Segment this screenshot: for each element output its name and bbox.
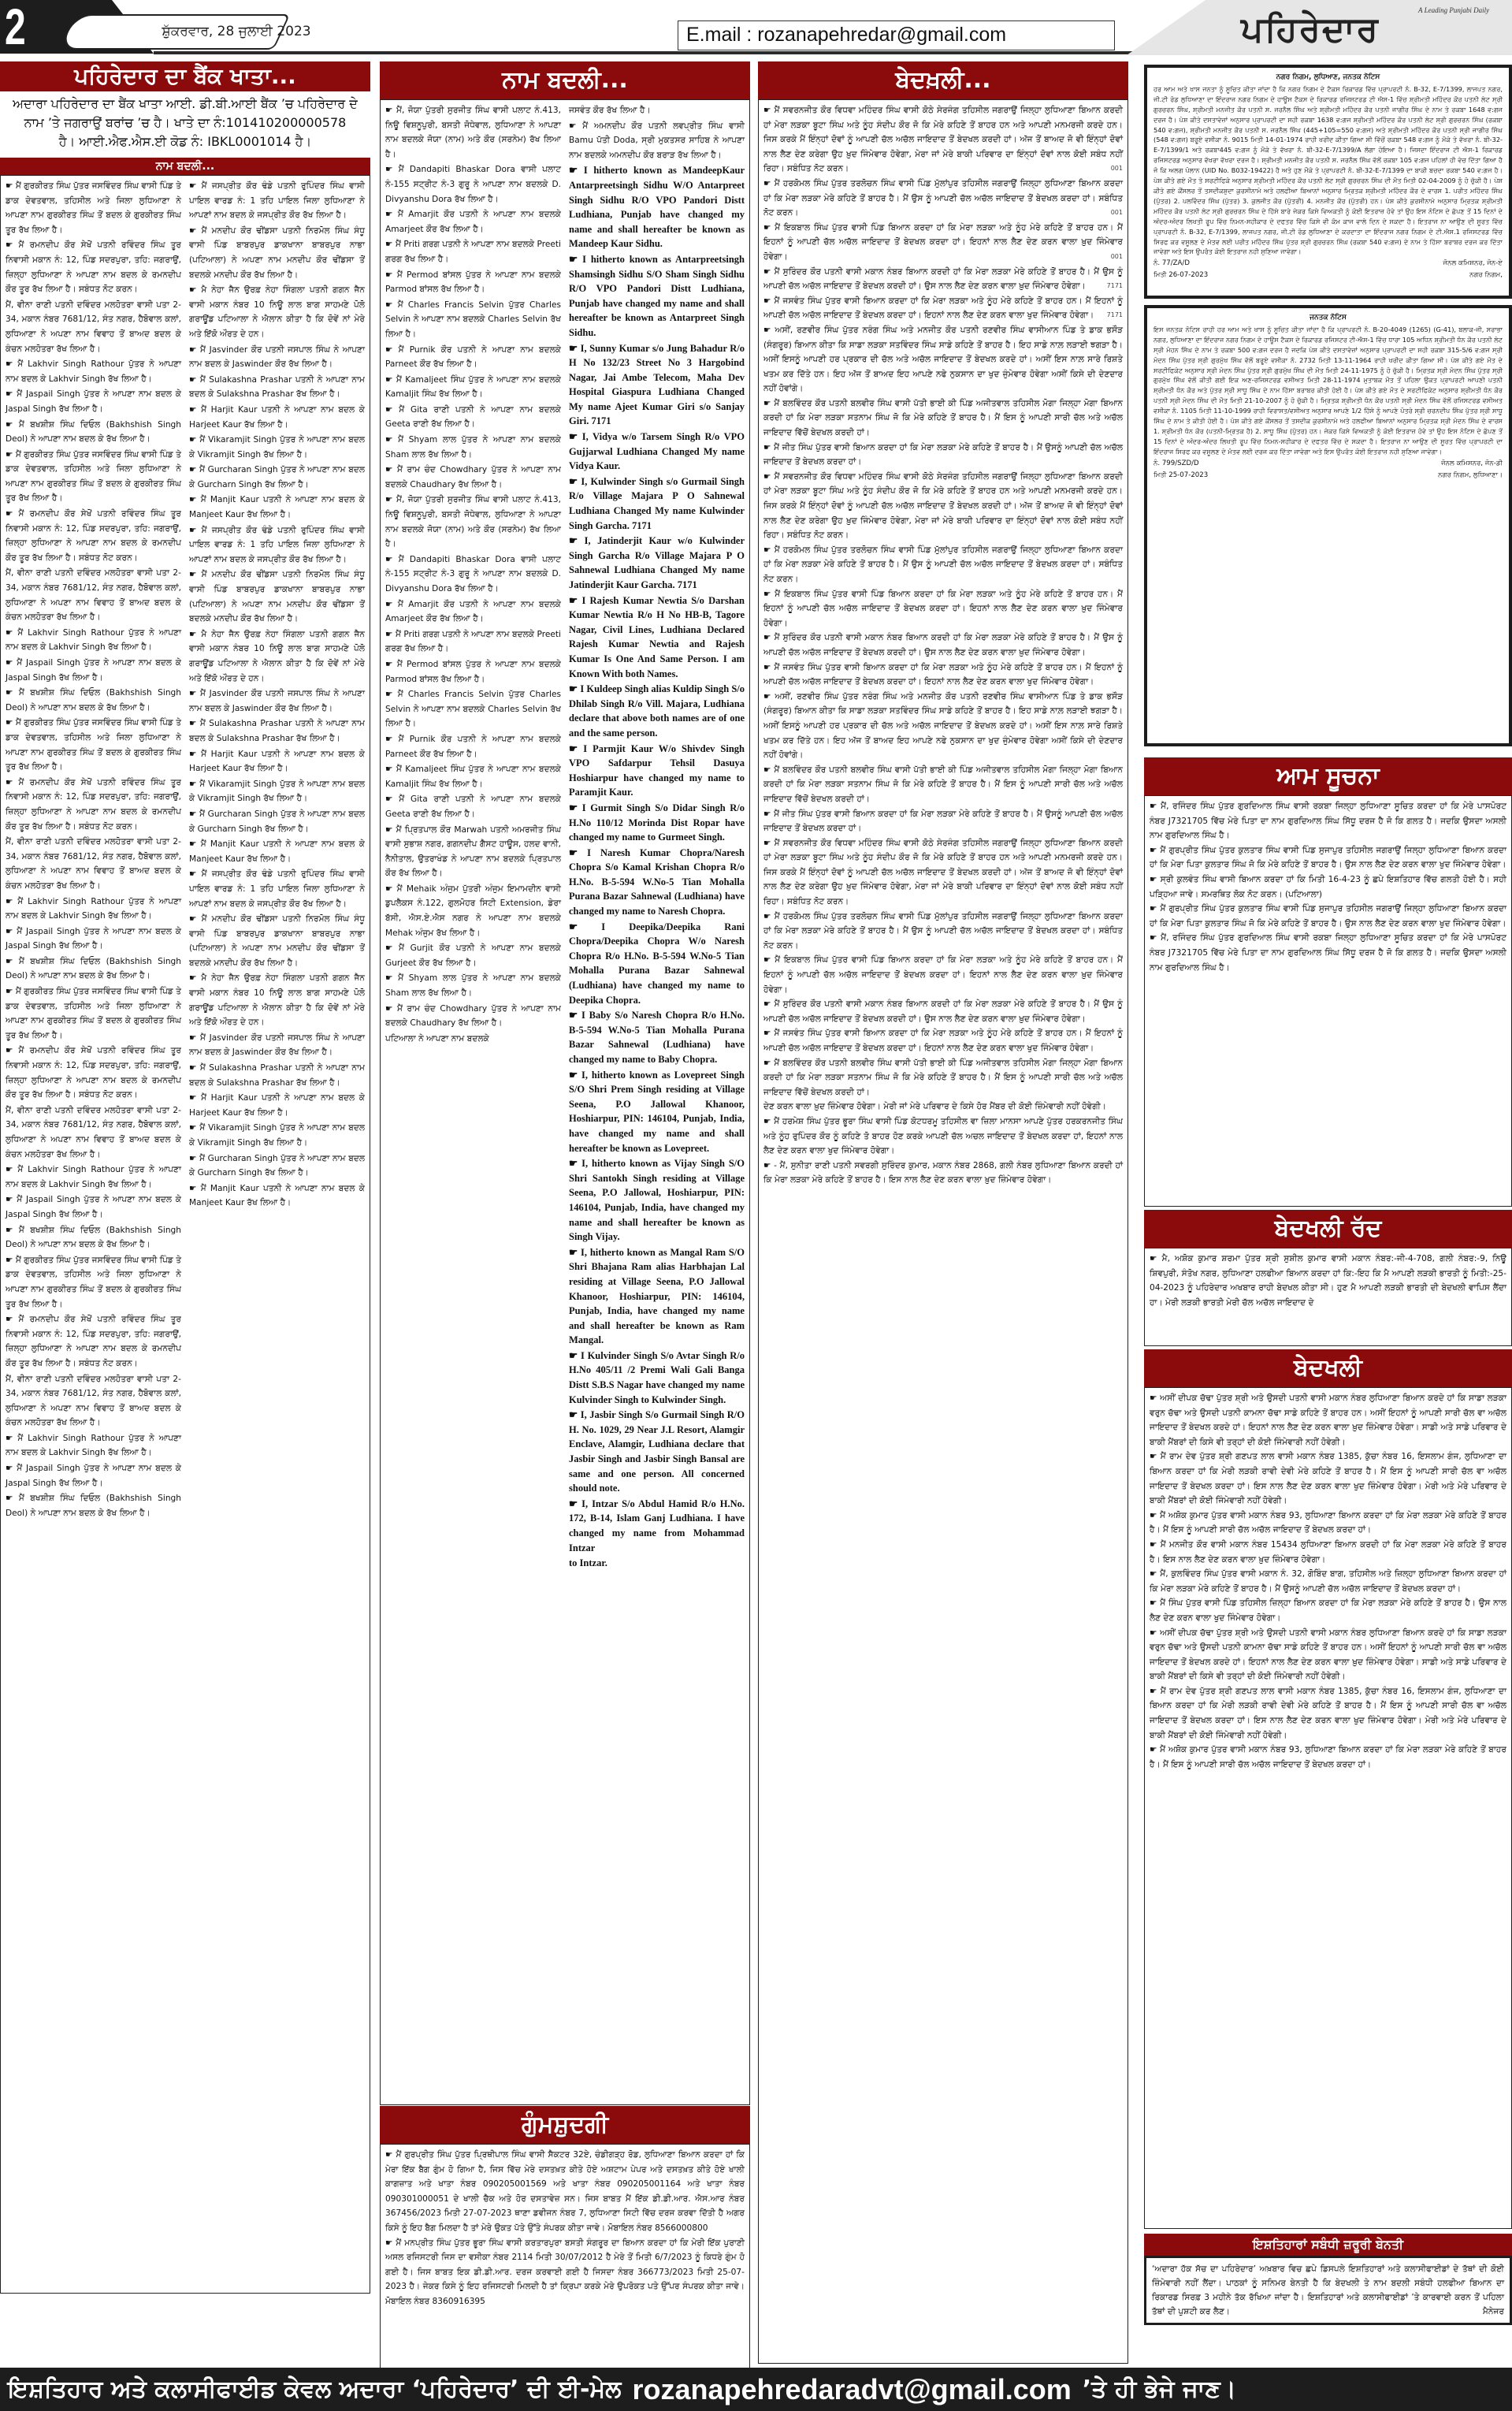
list-item: ☛ ਅਸੀਂ, ਰਣਵੀਰ ਸਿੰਘ ਪੁੱਤਰ ਨਰੰਗ ਸਿੰਘ ਅਤੇ ਮ… [763,690,1123,763]
list-item: ☛ ਮੈਂ ਰਾਮ ਚੰਦ Chowdhary ਪੁੱਤਰ ਨੇ ਆਪਣਾ ਨਾ… [385,1002,561,1031]
list-item: ☛ ਮੈਂ ਹਰਕੋਮਲ ਸਿੰਘ ਪੁੱਤਰ ਤਰਲੋਚਨ ਸਿੰਘ ਵਾਸੀ… [763,543,1123,587]
list-item: ☛ ਮੈਂ ਬਖਸ਼ੀਸ਼ ਸਿੰਘ ਦਿਓਲ (Bakhshish Singh… [6,686,181,715]
list-item: ☛ I, hitherto known as Lovepreet Singh S… [569,1068,745,1156]
list-item: ☛ I hitherto known as Antarpreetsingh Sh… [569,252,745,340]
notice-title: ਜਨਤਕ ਨੋਟਿਸ [1154,313,1503,323]
list-item: ☛ ਮੈਂ Jaspail Singh ਪੁੱਤਰ ਨੇ ਆਪਣਾ ਨਾਮ ਬਦ… [6,1192,181,1222]
notice-footer: ਨੰ. 799/SZD/D ਜੋਨਲ ਕਮਿਸ਼ਨਰ, ਜੋਨ-ਡੀ [1154,459,1503,469]
disinherit-box: ☛ ਮੈਂ ਸਵਰਨਜੀਤ ਕੌਰ ਵਿਧਵਾ ਮਹਿੰਦਰ ਸਿੰਘ ਵਾਸੀ… [758,99,1128,2364]
list-item: ਮੈਂ, ਵੀਨਾ ਰਾਣੀ ਪਤਨੀ ਦਵਿੰਦਰ ਮਲਹੋਤਰਾ ਵਾਸੀ … [6,835,181,893]
list-item: ☛ ਮੈਂ ਬਲਵਿੰਦਰ ਕੌਰ ਪਤਨੀ ਬਲਵੀਰ ਸਿੰਘ ਵਾਸੀ ਪ… [763,1056,1123,1100]
list-item: ☛ ਮੈ ਨੇਹਾ ਜੈਨ ਉਰਫ਼ ਨੇਹਾ ਸਿੰਗਲਾ ਪਤਨੀ ਗਗਨ … [189,971,365,1029]
list-item: ☛ ਮੈਂ ਸਵਰਨਜੀਤ ਕੌਰ ਵਿਧਵਾ ਮਹਿੰਦਰ ਸਿੰਘ ਵਾਸੀ… [763,836,1123,910]
list-item: ☛ ਮੈਂ ਪ੍ਰਿਤਪਾਲ ਕੌਰ Marwah ਪਤਨੀ ਅਮਰਜੀਤ ਸਿ… [385,823,561,881]
list-item: ☛ I, Jasbir Singh S/o Gurmail Singh R/O … [569,1408,745,1496]
list-item: ਪਟਿਆਲਾ ਨੇ ਆਪਣਾ ਨਾਮ ਬਦਲਕੇ [385,1032,561,1047]
list-item: to Intzar. [569,1556,745,1571]
list-item: ਦੇਣ ਕਰਨ ਵਾਲਾ ਖ਼ੁਦ ਜ਼ਿੰਮੇਵਾਰ ਹੋਵੇਗਾ। ਮੇਰੀ… [763,1099,1123,1114]
list-item: ☛ ਮੈਂ ਬਖਸ਼ੀਸ਼ ਸਿੰਘ ਦਿਓਲ (Bakhshish Singh… [6,954,181,984]
municipal-notice: ਨਗਰ ਨਿਗਮ, ਲੁਧਿਆਣ, ਜਨਤਕ ਨੋਟਿਸ ਹਰ ਆਮ ਅਤੇ ਖ… [1144,65,1512,299]
list-item: ☛ ਮੈਂ ਜਸਪ੍ਰੀਤ ਕੌਰ ਢੰਡੇ ਪਤਨੀ ਰੁਪਿੰਦਰ ਸਿੰਘ… [189,867,365,911]
list-item: ☛ ਮੈਂ Vikaramjit Singh ਪੁੱਤਰ ਨੇ ਆਪਣਾ ਨਾਮ… [189,777,365,806]
list-item: ☛ ਮੈਂ ਗੁਰਪ੍ਰੀਤ ਸਿੰਘ ਪੁੱਤਰ ਕੁਲਤਾਰ ਸਿੰਘ ਵਾ… [1150,843,1506,872]
name-change-left-col-a: ☛ ਮੈਂ ਗੁਰਕੀਰਤ ਸਿੰਘ ਪੁੱਤਰ ਜਸਵਿੰਦਰ ਸਿੰਘ ਵਾ… [6,179,181,2290]
column-right: ਨਗਰ ਨਿਗਮ, ਲੁਧਿਆਣ, ਜਨਤਕ ਨੋਟਿਸ ਹਰ ਆਮ ਅਤੇ ਖ… [1144,61,1512,2325]
general-notice-box: ☛ ਮੈਂ, ਰਜਿੰਦਰ ਸਿੰਘ ਪੁੱਤਰ ਗੁਰਦਿਆਲ ਸਿੰਘ ਵਾ… [1144,795,1512,1207]
bank-line-2: ਨਾਮ ’ਤੇ ਜਗਰਾਉਂ ਬਰਾਂਚ ’ਚ ਹੈ। ਖਾਤੇ ਦਾ ਨੰ:1… [5,113,366,132]
general-notice-heading: ਆਮ ਸੂਚਨਾ [1144,757,1512,795]
list-item: ☛ I Parmjit Kaur W/o Shivdev Singh VPO S… [569,742,745,800]
list-item: ☛ ਮੈਂ Gita ਰਾਣੀ ਪਤਨੀ ਨੇ ਆਪਣਾ ਨਾਮ ਬਦਲਕੇ G… [385,792,561,821]
notice-body: ਇਸ ਜਨਤਕ ਨੋਟਿਸ ਰਾਹੀ ਹਰ ਆਮ ਅਤੇ ਖਾਸ ਨੂੰ ਸੂਚ… [1154,325,1503,457]
list-item: ☛ ਮੈਂ Gurcharan Singh ਪੁੱਤਰ ਨੇ ਆਪਣਾ ਨਾਮ … [189,1152,365,1181]
list-item: ☛ ਮੈਂ Harjit Kaur ਪਤਨੀ ਨੇ ਆਪਣਾ ਨਾਮ ਬਦਲ ਕ… [189,747,365,776]
list-item: ਜਸਵੰਤ ਕੌਰ ਰੱਖ ਲਿਆ ਹੈ। [569,103,745,118]
list-item: ☛ ਮੈਂ Gurjit ਕੌਰ ਪਤਨੀ ਨੇ ਆਪਣਾ ਨਾਮ ਬਦਲਕੇ … [385,941,561,970]
list-item: ☛ ਮੈ ਨੇਹਾ ਜੈਨ ਉਰਫ਼ ਨੇਹਾ ਸਿੰਗਲਾ ਪਤਨੀ ਗਗਨ … [189,627,365,686]
disinherit-right-box: ☛ ਅਸੀਂ ਦੀਪਕ ਚੱਢਾ ਪੁੱਤਰ ਸ਼੍ਰੀ ਅਤੇ ਉਸਦੀ ਪਤ… [1144,1387,1512,2229]
list-item: ☛ ਮੈਂ ਅਸ਼ੋਕ ਕੁਮਾਰ ਪੁੱਤਰ ਵਾਸੀ ਮਕਾਨ ਨੰਬਰ 9… [1150,1509,1506,1538]
list-item: ☛ ਮੈਂ, ਜੋਯਾ ਪੁੱਤਰੀ ਸੁਰਜੀਤ ਸਿੰਘ ਵਾਸੀ ਪਲਾਟ… [385,493,561,551]
name-change-center-col-a: ☛ ਮੈਂ, ਜੋਯਾ ਪੁੱਤਰੀ ਸੁਰਜੀਤ ਸਿੰਘ ਵਾਸੀ ਪਲਾਟ… [385,103,561,2101]
list-item: ☛ ਮੈਂ Charles Francis Selvin ਪੁੱਤਰ Charl… [385,298,561,342]
missing-heading: ਗੁੰਮਸ਼ੁਦਗੀ [380,2106,750,2144]
list-item: ☛ ਮੈਂ ਗੁਰਕੀਰਤ ਸਿੰਘ ਪੁੱਤਰ ਜਸਵਿੰਦਰ ਸਿੰਘ ਵਾ… [6,179,181,237]
list-item: ☛ ਮੈਂ Jaspail Singh ਪੁੱਤਰ ਨੇ ਆਪਣਾ ਨਾਮ ਬਦ… [6,1461,181,1490]
notice-footer: ਮਿਤੀ 26-07-2023 ਨਗਰ ਨਿਗਮ, [1154,270,1503,281]
list-item: ☛ ਮੈਂ ਰਾਮ ਦੇਵ ਪੁੱਤਰ ਸ਼੍ਰੀ ਗਣਪਤ ਲਾਲ ਵਾਸੀ … [1150,1684,1506,1743]
list-item: ☛ ਮੈਂ Manjit Kaur ਪਤਨੀ ਨੇ ਆਪਣਾ ਨਾਮ ਬਦਲ ਕ… [189,1181,365,1211]
list-item: ☛ ਮੈਂ Gita ਰਾਣੀ ਪਤਨੀ ਨੇ ਆਪਣਾ ਨਾਮ ਬਦਲਕੇ G… [385,403,561,432]
column-center-left: ਨਾਮ ਬਦਲੀ... ☛ ਮੈਂ, ਜੋਯਾ ਪੁੱਤਰੀ ਸੁਰਜੀਤ ਸਿ… [380,61,750,2400]
notice-footer: ਨੰ. 77/ZA/D ਜੋਨਲ ਕਮਿਸ਼ਨਰ, ਜੋਨ-ਏ [1154,259,1503,269]
masthead: 2 ਸ਼ੁੱਕਰਵਾਰ, 28 ਜੁਲਾਈ 2023 E.mail : roza… [0,0,1512,55]
bank-heading: ਪਹਿਰੇਦਾਰ ਦਾ ਬੈਂਕ ਖਾਤਾ... [0,61,370,91]
list-item: ☛ ਮੈਂ Lakhvir Singh Rathour ਪੁੱਤਰ ਨੇ ਆਪਣ… [6,357,181,386]
list-item: ☛ I Deepika/Deepika Rani Chopra/Deepika … [569,920,745,1008]
footer-text-end: ’ਤੇ ਹੀ ਭੇਜੇ ਜਾਣ। [1083,2376,1236,2403]
notice-signatory-org: ਨਗਰ ਨਿਗਮ, [1469,270,1503,281]
list-item: ☛ ਮੈਂ Jasvinder ਕੌਰ ਪਤਨੀ ਜਸਪਾਲ ਸਿੰਘ ਨੇ ਆ… [189,1031,365,1060]
list-item: ☛ ਮੈਂ ਮਨਦੀਪ ਕੌਰ ਢੀਂਡਸਾ ਪਤਨੀ ਨਿਰਮੋਲ ਸਿੰਘ … [189,224,365,282]
masthead-rule [154,51,1241,54]
list-item: ☛ ਅਸੀਂ ਦੀਪਕ ਚੱਢਾ ਪੁੱਤਰ ਸ਼੍ਰੀ ਅਤੇ ਉਸਦੀ ਪਤ… [1150,1391,1506,1449]
list-item: ☛ ਮੈਂ Lakhvir Singh Rathour ਪੁੱਤਰ ਨੇ ਆਪਣ… [6,626,181,655]
list-item: ☛ ਮੈਂ Vikaramjit Singh ਪੁੱਤਰ ਨੇ ਆਪਣਾ ਨਾਮ… [189,1121,365,1150]
list-item: ☛ ਮੈਂ Kamaljeet ਸਿੰਘ ਪੁੱਤਰ ਨੇ ਆਪਣਾ ਨਾਮ ਬ… [385,373,561,402]
list-item: ☛ ਮੈਂ Jasvinder ਕੌਰ ਪਤਨੀ ਜਸਪਾਲ ਸਿੰਘ ਨੇ ਆ… [189,343,365,372]
list-item: ☛ I, Jatinderjit Kaur w/o Kulwinder Sing… [569,534,745,592]
list-item: ਮੈਂ, ਵੀਨਾ ਰਾਣੀ ਪਤਨੀ ਦਵਿੰਦਰ ਮਲਹੋਤਰਾ ਵਾਸੀ … [6,298,181,356]
disinherit-cancel-heading: ਬੇਦਖਲੀ ਰੱਦ [1144,1210,1512,1248]
bank-line-3: ਹੈ। ਆਈ.ਐਫ.ਐਸ.ਈ ਕੋਡ ਨੰ: IBKL0001014 ਹੈ। [5,132,366,151]
notice-title: ਨਗਰ ਨਿਗਮ, ਲੁਧਿਆਣ, ਜਨਤਕ ਨੋਟਿਸ [1154,73,1503,83]
list-item: ☛ ਮੈਂ ਗੁਰਕੀਰਤ ਸਿੰਘ ਪੁੱਤਰ ਜਸਵਿੰਦਰ ਸਿੰਘ ਵਾ… [6,448,181,506]
list-item: ☛ ਮੈਂ ਅਸ਼ੋਕ ਕੁਮਾਰ ਪੁੱਤਰ ਵਾਸੀ ਮਕਾਨ ਨੰਬਰ 9… [1150,1743,1506,1772]
newspaper-logo: ਪਹਿਰੇਦਾਰ [1241,9,1380,50]
list-item: ☛ ਮੈਂ Purnik ਕੌਰ ਪਤਨੀ ਨੇ ਆਪਣਾ ਨਾਮ ਬਦਲਕੇ … [385,732,561,761]
disclaimer-box: ‘ਅਦਾਰਾ ਹੱਕ ਸੱਚ ਦਾ ਪਹਿਰੇਦਾਰ’ ਅਖ਼ਬਾਰ ਵਿਚ ਛ… [1144,2256,1512,2325]
list-item: ☛ ਮੈਂ ਰਮਨਦੀਪ ਕੌਰ ਸੇਖੋਂ ਪਤਨੀ ਰਵਿੰਦਰ ਸਿੰਘ … [6,507,181,565]
notice-signatory: ਜੋਨਲ ਕਮਿਸ਼ਨਰ, ਜੋਨ-ਏ [1443,259,1503,269]
footer-text: ਇਸ਼ਤਿਹਾਰ ਅਤੇ ਕਲਾਸੀਫਾਈਡ ਕੇਵਲ ਅਦਾਰਾ ‘ਪਹਿਰੇ… [8,2376,621,2403]
list-item: ☛ ਮੈਂ Dandapiti Bhaskar Dora ਵਾਸੀ ਪਲਾਟ ਨ… [385,162,561,206]
list-item: ☛ I Kuldeep Singh alias Kuldip Singh S/o… [569,682,745,740]
list-item: ☛ ਮੈਂ ਗੁਰਕੀਰਤ ਸਿੰਘ ਪੁੱਤਰ ਜਸਵਿੰਦਰ ਸਿੰਘ ਵਾ… [6,716,181,774]
name-change-heading-center: ਨਾਮ ਬਦਲੀ... [380,61,750,99]
list-item: ☛ ਮੈਂ Harjit Kaur ਪਤਨੀ ਨੇ ਆਪਣਾ ਨਾਮ ਬਦਲ ਕ… [189,403,365,432]
list-item: ☛ ਮੈਂ ਗੁਰਪ੍ਰੀਤ ਸਿੰਘ ਪੁੱਤਰ ਕੁਲਤਾਰ ਸਿੰਘ ਵਾ… [1150,902,1506,931]
list-item: ☛ ਮੈਂ Manjit Kaur ਪਤਨੀ ਨੇ ਆਪਣਾ ਨਾਮ ਬਦਲ ਕ… [189,493,365,522]
list-item: ☛ ਮੈਂ Mehaik ਅੰਜੁਮ ਪੁੱਤਰੀ ਅੰਜੁਮ ਇਮਾਮਦੀਨ … [385,882,561,940]
missing-box: ☛ ਮੈਂ ਗੁਰਪ੍ਰੀਤ ਸਿੰਘ ਪੁੱਤਰ ਪ੍ਰਿਥੀਪਾਲ ਸਿੰਘ… [380,2144,750,2400]
list-item: ☛ ਮੈਂ Harjit Kaur ਪਤਨੀ ਨੇ ਆਪਣਾ ਨਾਮ ਬਦਲ ਕ… [189,1091,365,1120]
list-item: ☛ ਮੈਂ Lakhvir Singh Rathour ਪੁੱਤਰ ਨੇ ਆਪਣ… [6,895,181,924]
list-item: ☛ ਮੈਂ ਜਸਵੰਤ ਸਿੰਘ ਪੁੱਤਰ ਵਾਸੀ ਬਿਆਨ ਕਰਦਾ ਹਾ… [763,294,1123,323]
list-item: ☛ ਮੈਂ, ਰਜਿੰਦਰ ਸਿੰਘ ਪੁੱਤਰ ਗੁਰਦਿਆਲ ਸਿੰਘ ਵਾ… [1150,931,1506,975]
name-change-left-col-b: ☛ ਮੈਂ ਜਸਪ੍ਰੀਤ ਕੌਰ ਢੰਡੇ ਪਤਨੀ ਰੁਪਿੰਦਰ ਸਿੰਘ… [189,179,365,2290]
list-item: ☛ ਮੈਂ ਬਲਵਿੰਦਰ ਕੌਰ ਪਤਨੀ ਬਲਵੀਰ ਸਿੰਘ ਵਾਸੀ ਪ… [763,396,1123,441]
list-item: ☛ ਮੈਂ Jaspail Singh ਪੁੱਤਰ ਨੇ ਆਪਣਾ ਨਾਮ ਬਦ… [6,656,181,685]
list-item: ☛ ਮੈਂ ਰਮਨਦੀਪ ਕੌਰ ਸੇਖੋਂ ਪਤਨੀ ਰਵਿੰਦਰ ਸਿੰਘ … [6,1312,181,1371]
notice-date: ਮਿਤੀ 25-07-2023 [1154,471,1208,481]
list-item: ☛ ਮੈਂ Gurcharan Singh ਪੁੱਤਰ ਨੇ ਆਪਣਾ ਨਾਮ … [189,463,365,492]
list-item: ☛ ਮੈਂ ਜਸਪ੍ਰੀਤ ਕੌਰ ਢੰਡੇ ਪਤਨੀ ਰੁਪਿੰਦਰ ਸਿੰਘ… [189,523,365,567]
list-item: ☛ ਮੈਂ ਰਾਮ ਚੰਦ Chowdhary ਪੁੱਤਰ ਨੇ ਆਪਣਾ ਨਾ… [385,463,561,492]
name-change-heading-left: ਨਾਮ ਬਦਲੀ... [0,158,370,175]
list-item: ☛ ਮੈਂ ਅਮਨਦੀਪ ਕੌਰ ਪਤਨੀ ਲਵਪ੍ਰੀਤ ਸਿੰਘ ਵਾਸੀ … [569,119,745,163]
list-item: ☛ ਮੈਂ ਜੀਤ ਸਿੰਘ ਪੁੱਤਰ ਵਾਸੀ ਬਿਆਨ ਕਰਦਾ ਹਾਂ … [763,441,1123,470]
disclaimer-signature: ਮੈਨੇਜਰ [1483,2305,1504,2319]
list-item: ☛ I, hitherto known as Mangal Ram S/O Sh… [569,1245,745,1348]
list-item: ☛ ਮੈਂ Kamaljeet ਸਿੰਘ ਪੁੱਤਰ ਨੇ ਆਪਣਾ ਨਾਮ ਬ… [385,762,561,791]
notice-footer: ਮਿਤੀ 25-07-2023 ਨਗਰ ਨਿਗਮ, ਲੁਧਿਆਣਾ। [1154,471,1503,481]
column-left: ਪਹਿਰੇਦਾਰ ਦਾ ਬੈਂਕ ਖਾਤਾ... ਅਦਾਰਾ ਪਹਿਰੇਦਾਰ … [0,61,370,2294]
list-item: ☛ ਮੈਂ Charles Francis Selvin ਪੁੱਤਰ Charl… [385,687,561,731]
notice-body: ਹਰ ਆਮ ਅਤੇ ਖਾਸ ਜਨਤਾ ਨੂੰ ਸੂਚਿਤ ਕੀਤਾ ਜਾਂਦਾ … [1154,84,1503,257]
name-change-center-box: ☛ ਮੈਂ, ਜੋਯਾ ਪੁੱਤਰੀ ਸੁਰਜੀਤ ਸਿੰਘ ਵਾਸੀ ਪਲਾਟ… [380,99,750,2105]
list-item: ☛ ਮੈਂ Permod ਬਾਂਸਲ ਪੁੱਤਰ ਨੇ ਆਪਣਾ ਨਾਮ ਬਦਲ… [385,657,561,686]
list-item: ☛ ਮੈਂ ਬਖਸ਼ੀਸ਼ ਸਿੰਘ ਦਿਓਲ (Bakhshish Singh… [6,1491,181,1520]
list-item: ☛ ਮੈਂ Sulakashna Prashar ਪਤਨੀ ਨੇ ਆਪਣਾ ਨਾ… [189,373,365,402]
list-item: ☛ ਮੈਂ ਹਰਕੋਮਲ ਸਿੰਘ ਪੁੱਤਰ ਤਰਲੋਚਨ ਸਿੰਘ ਵਾਸੀ… [763,910,1123,954]
masthead-email[interactable]: E.mail : rozanapehredar@gmail.com [678,20,1115,50]
list-item: ☛ I, Intzar S/o Abdul Hamid R/o H.No. 17… [569,1497,745,1555]
list-item: ☛ ਮੈਂ ਰਮਨਦੀਪ ਕੌਰ ਸੇਖੋਂ ਪਤਨੀ ਰਵਿੰਦਰ ਸਿੰਘ … [6,776,181,834]
bank-line-1: ਅਦਾਰਾ ਪਹਿਰੇਦਾਰ ਦਾ ਬੈਂਕ ਖਾਤਾ ਆਈ. ਡੀ.ਬੀ.ਆਈ… [5,95,366,113]
list-item: ☛ I Gurmit Singh S/o Didar Singh R/o H.N… [569,801,745,845]
list-item: ☛ I Baby S/o Naresh Chopra R/o H.No. B-5… [569,1008,745,1066]
public-notice: ਜਨਤਕ ਨੋਟਿਸ ਇਸ ਜਨਤਕ ਨੋਟਿਸ ਰਾਹੀ ਹਰ ਆਮ ਅਤੇ … [1144,305,1512,746]
list-item: ☛ ਮੈਂ ਸਿੰਘ ਪੁੱਤਰ ਵਾਸੀ ਪਿੰਡ ਤਹਿਸੀਲ ਜ਼ਿਲ੍ਹ… [1150,1596,1506,1625]
list-item: ☛ ਮੈਂ Dandapiti Bhaskar Dora ਵਾਸੀ ਪਲਾਟ ਨ… [385,553,561,597]
list-item: ☛ ਮੈਂ ਜਸਵੰਤ ਸਿੰਘ ਪੁੱਤਰ ਵਾਸੀ ਬਿਆਨ ਕਰਦਾ ਹਾ… [763,660,1123,690]
list-item: ☛ I, hitherto known as Vijay Singh S/O S… [569,1156,745,1245]
list-item: ☛ ਮੈਂ ਇਕਬਾਲ ਸਿੰਘ ਪੁੱਤਰ ਵਾਸੀ ਪਿੰਡ ਬਿਆਨ ਕਰ… [763,221,1123,265]
list-item: ☛ ਮੈਂ Jaspail Singh ਪੁੱਤਰ ਨੇ ਆਪਣਾ ਨਾਮ ਬਦ… [6,925,181,954]
notice-signatory-org: ਨਗਰ ਨਿਗਮ, ਲੁਧਿਆਣਾ। [1438,471,1503,481]
list-item: ☛ ਮੈਂ ਇਕਬਾਲ ਸਿੰਘ ਪੁੱਤਰ ਵਾਸੀ ਪਿੰਡ ਬਿਆਨ ਕਰ… [763,587,1123,631]
list-item: ☛ ਮੈ ਨੇਹਾ ਜੈਨ ਉਰਫ਼ ਨੇਹਾ ਸਿੰਗਲਾ ਪਤਨੀ ਗਗਨ … [189,283,365,341]
name-change-center-col-b: ਜਸਵੰਤ ਕੌਰ ਰੱਖ ਲਿਆ ਹੈ। ☛ ਮੈਂ ਅਮਨਦੀਪ ਕੌਰ ਪ… [569,103,745,2101]
list-item: ☛ ਮੈਂ Purnik ਕੌਰ ਪਤਨੀ ਨੇ ਆਪਣਾ ਨਾਮ ਬਦਲਕੇ … [385,343,561,372]
list-item: ☛ ਮੈਂ ਰਮਨਦੀਪ ਕੌਰ ਸੇਖੋਂ ਪਤਨੀ ਰਵਿੰਦਰ ਸਿੰਘ … [6,238,181,296]
list-item: ☛ ਮੈਂ ਹਰਕੋਮਲ ਸਿੰਘ ਪੁੱਤਰ ਤਰਲੋਚਨ ਸਿੰਘ ਵਾਸੀ… [763,177,1123,221]
list-item: ☛ ਮੈਂ Priti ਗਰਗ ਪਤਨੀ ਨੇ ਆਪਣਾ ਨਾਮ ਬਦਲਕੇ P… [385,627,561,657]
list-item: ☛ ਮੈਂ ਸਵਰਨਜੀਤ ਕੌਰ ਵਿਧਵਾ ਮਹਿੰਦਰ ਸਿੰਘ ਵਾਸੀ… [763,103,1123,177]
notice-signatory: ਜੋਨਲ ਕਮਿਸ਼ਨਰ, ਜੋਨ-ਡੀ [1441,459,1503,469]
list-item: ☛ I, Kulwinder Singh s/o Gurmail Singh R… [569,474,745,533]
list-item: ☛ ਮੈਂ Manjit Kaur ਪਤਨੀ ਨੇ ਆਪਣਾ ਨਾਮ ਬਦਲ ਕ… [189,837,365,866]
list-item: ☛ ਮੈਂ ਸੁਰਿੰਦਰ ਕੌਰ ਪਤਨੀ ਵਾਸੀ ਮਕਾਨ ਨੰਬਰ ਬਿ… [763,997,1123,1026]
list-item: ☛ ਮੈਂ Sulakashna Prashar ਪਤਨੀ ਨੇ ਆਪਣਾ ਨਾ… [189,716,365,746]
list-item: ਮੈਂ, ਵੀਨਾ ਰਾਣੀ ਪਤਨੀ ਦਵਿੰਦਰ ਮਲਹੋਤਰਾ ਵਾਸੀ … [6,1372,181,1431]
disclaimer-body: ‘ਅਦਾਰਾ ਹੱਕ ਸੱਚ ਦਾ ਪਹਿਰੇਦਾਰ’ ਅਖ਼ਬਾਰ ਵਿਚ ਛ… [1152,2264,1504,2316]
list-item: ☛ - ਮੈਂ, ਸੁਨੀਤਾ ਰਾਣੀ ਪਤਨੀ ਸਵਰਗੀ ਸੁਰਿੰਦਰ … [763,1159,1123,1188]
list-item: ☛ ਮੈਂ ਜਸਵੰਤ ਸਿੰਘ ਪੁੱਤਰ ਵਾਸੀ ਬਿਆਨ ਕਰਦਾ ਹਾ… [763,1026,1123,1055]
list-item: ☛ ਮੈਂ ਬਲਵਿੰਦਰ ਕੌਰ ਪਤਨੀ ਬਲਵੀਰ ਸਿੰਘ ਵਾਸੀ ਪ… [763,763,1123,807]
footer-banner: ਇਸ਼ਤਿਹਾਰ ਅਤੇ ਕਲਾਸੀਫਾਈਡ ਕੇਵਲ ਅਦਾਰਾ ‘ਪਹਿਰੇ… [0,2368,1512,2411]
bank-details: ਅਦਾਰਾ ਪਹਿਰੇਦਾਰ ਦਾ ਬੈਂਕ ਖਾਤਾ ਆਈ. ਡੀ.ਬੀ.ਆਈ… [0,91,370,154]
list-item: ☛ ਮੈਂ ਜੀਤ ਸਿੰਘ ਪੁੱਤਰ ਵਾਸੀ ਬਿਆਨ ਕਰਦਾ ਹਾਂ … [763,807,1123,836]
list-item: ☛ ਮੈਂ ਮਨਜੀਤ ਕੌਰ ਵਾਸੀ ਮਕਾਨ ਨੰਬਰ 15434 ਲੁਧ… [1150,1538,1506,1567]
list-item: ☛ ਮੈਂ, ਰਜਿੰਦਰ ਸਿੰਘ ਪੁੱਤਰ ਗੁਰਦਿਆਲ ਸਿੰਘ ਵਾ… [1150,799,1506,843]
list-item: ☛ ਮੈਂ Jaspail Singh ਪੁੱਤਰ ਨੇ ਆਪਣਾ ਨਾਮ ਬਦ… [6,387,181,416]
list-item: ☛ ਸ੍ਰੀ ਕੁਲਵੰਤ ਸਿੰਘ ਵਾਸੀ ਬਿਆਨ ਕਰਦਾ ਹਾਂ ਕਿ… [1150,872,1506,902]
list-item: ☛ ਮੈਂ ਗੁਰਕੀਰਤ ਸਿੰਘ ਪੁੱਤਰ ਜਸਵਿੰਦਰ ਸਿੰਘ ਵਾ… [6,1253,181,1312]
disinherit-heading: ਬੇਦਖ਼ਲੀ... [758,61,1128,99]
list-item: ☛ ਮੈਂ ਮਨਦੀਪ ਕੌਰ ਢੀਂਡਸਾ ਪਤਨੀ ਨਿਰਮੋਲ ਸਿੰਘ … [189,567,365,626]
list-item: ☛ ਮੈਂ Gurcharan Singh ਪੁੱਤਰ ਨੇ ਆਪਣਾ ਨਾਮ … [189,807,365,836]
disclaimer-heading: ਇਸ਼ਤਿਹਾਰਾਂ ਸਬੰਧੀ ਜ਼ਰੂਰੀ ਬੇਨਤੀ [1144,2234,1512,2256]
list-item: ☛ ਮੈਂ Lakhvir Singh Rathour ਪੁੱਤਰ ਨੇ ਆਪਣ… [6,1163,181,1192]
list-item: ☛ ਮੈਂ ਇਕਬਾਲ ਸਿੰਘ ਪੁੱਤਰ ਵਾਸੀ ਪਿੰਡ ਬਿਆਨ ਕਰ… [763,953,1123,997]
list-item: ☛ ਮੈਂ ਗੁਰਕੀਰਤ ਸਿੰਘ ਪੁੱਤਰ ਜਸਵਿੰਦਰ ਸਿੰਘ ਵਾ… [6,984,181,1043]
list-item: ☛ ਅਸੀਂ, ਰਣਵੀਰ ਸਿੰਘ ਪੁੱਤਰ ਨਰੰਗ ਸਿੰਘ ਅਤੇ ਮ… [763,323,1123,396]
list-item: ☛ ਮੈਂ ਬਖਸ਼ੀਸ਼ ਸਿੰਘ ਦਿਓਲ (Bakhshish Singh… [6,418,181,447]
list-item: ☛ I, Vidya w/o Tarsem Singh R/o VPO Gujj… [569,430,745,474]
logo-tagline: A Leading Punjabi Daily [1418,6,1489,14]
list-item: ☛ ਮੈਂ Lakhvir Singh Rathour ਪੁੱਤਰ ਨੇ ਆਪਣ… [6,1431,181,1460]
page-number: 2 [5,2,26,52]
list-item: ☛ ਮੈਂ ਸੁਰਿੰਦਰ ਕੌਰ ਪਤਨੀ ਵਾਸੀ ਮਕਾਨ ਨੰਬਰ ਬਿ… [763,265,1123,294]
list-item: ☛ ਅਸੀਂ ਦੀਪਕ ਚੱਢਾ ਪੁੱਤਰ ਸ਼੍ਰੀ ਅਤੇ ਉਸਦੀ ਪਤ… [1150,1626,1506,1684]
column-center-right: ਬੇਦਖ਼ਲੀ... ☛ ਮੈਂ ਸਵਰਨਜੀਤ ਕੌਰ ਵਿਧਵਾ ਮਹਿੰਦ… [758,61,1128,2364]
list-item: ☛ ਮੈਂ ਹਰਮੇਸ਼ ਸਿੰਘ ਪੁੱਤਰ ਭੂਰਾ ਸਿੰਘ ਵਾਸੀ ਪ… [763,1114,1123,1159]
list-item: ☛ ਮੈਂ Sulakashna Prashar ਪਤਨੀ ਨੇ ਆਪਣਾ ਨਾ… [189,1061,365,1090]
list-item: ☛ ਮੈ, ਅਸ਼ੋਕ ਕੁਮਾਰ ਸ਼ਰਮਾ ਪੁੱਤਰ ਸ਼੍ਰੀ ਸੁਸ਼… [1150,1252,1506,1310]
list-item: ☛ ਮੈਂ ਗੁਰਪ੍ਰੀਤ ਸਿੰਘ ਪੁੱਤਰ ਪ੍ਰਿਥੀਪਾਲ ਸਿੰਘ… [385,2148,745,2236]
list-item: ☛ ਮੈਂ ਸੁਰਿੰਦਰ ਕੌਰ ਪਤਨੀ ਵਾਸੀ ਮਕਾਨ ਨੰਬਰ ਬਿ… [763,631,1123,660]
list-item: ☛ ਮੈਂ Priti ਗਰਗ ਪਤਨੀ ਨੇ ਆਪਣਾ ਨਾਮ ਬਦਲਕੇ P… [385,237,561,266]
list-item: ☛ ਮੈਂ ਮਨਪ੍ਰੀਤ ਸਿੰਘ ਪੁੱਤਰ ਭੂਰਾ ਸਿੰਘ ਵਾਸੀ … [385,2236,745,2309]
footer-email-link[interactable]: rozanapehredaradvt@gmail.com [632,2373,1071,2406]
list-item: ☛ ਮੈਂ ਮਨਦੀਪ ਕੌਰ ਢੀਂਡਸਾ ਪਤਨੀ ਨਿਰਮੋਲ ਸਿੰਘ … [189,912,365,970]
notice-ref: ਨੰ. 77/ZA/D [1154,259,1190,269]
name-change-left-box: ☛ ਮੈਂ ਗੁਰਕੀਰਤ ਸਿੰਘ ਪੁੱਤਰ ਜਸਵਿੰਦਰ ਸਿੰਘ ਵਾ… [0,175,370,2294]
disinherit-right-heading: ਬੇਦਖਲੀ [1144,1349,1512,1387]
list-item: ☛ I Naresh Kumar Chopra/Naresh Chopra S/… [569,846,745,919]
disinherit-cancel-box: ☛ ਮੈ, ਅਸ਼ੋਕ ਕੁਮਾਰ ਸ਼ਰਮਾ ਪੁੱਤਰ ਸ਼੍ਰੀ ਸੁਸ਼… [1144,1248,1512,1346]
list-item: ਮੈਂ, ਵੀਨਾ ਰਾਣੀ ਪਤਨੀ ਦਵਿੰਦਰ ਮਲਹੋਤਰਾ ਵਾਸੀ … [6,1103,181,1162]
list-item: ☛ ਮੈਂ Jasvinder ਕੌਰ ਪਤਨੀ ਜਸਪਾਲ ਸਿੰਘ ਨੇ ਆ… [189,686,365,716]
list-item: ☛ ਮੈਂ, ਕੁਲਵਿੰਦਰ ਸਿੰਘ ਪੁੱਤਰ ਵਾਸੀ ਮਕਾਨ ਨੰ.… [1150,1567,1506,1596]
list-item: ☛ ਮੈਂ Permod ਬਾਂਸਲ ਪੁੱਤਰ ਨੇ ਆਪਣਾ ਨਾਮ ਬਦਲ… [385,268,561,297]
list-item: ☛ I Rajesh Kumar Newtia S/o Darshan Kuma… [569,593,745,682]
list-item: ☛ ਮੈਂ Amarjit ਕੌਰ ਪਤਨੀ ਨੇ ਆਪਣਾ ਨਾਮ ਬਦਲਕੇ… [385,597,561,627]
list-item: ☛ I hitherto known as MandeepKaur Antarp… [569,163,745,251]
list-item: ☛ ਮੈਂ ਜਸਪ੍ਰੀਤ ਕੌਰ ਢੰਡੇ ਪਤਨੀ ਰੁਪਿੰਦਰ ਸਿੰਘ… [189,179,365,223]
list-item: ☛ I, Sunny Kumar s/o Jung Bahadur R/o H … [569,341,745,430]
notice-ref: ਨੰ. 799/SZD/D [1154,459,1199,469]
list-item: ਮੈਂ, ਵੀਨਾ ਰਾਣੀ ਪਤਨੀ ਦਵਿੰਦਰ ਮਲਹੋਤਰਾ ਵਾਸੀ … [6,566,181,624]
list-item: ☛ ਮੈਂ ਰਮਨਦੀਪ ਕੌਰ ਸੇਖੋਂ ਪਤਨੀ ਰਵਿੰਦਰ ਸਿੰਘ … [6,1044,181,1102]
list-item: ☛ ਮੈਂ Shyam ਲਾਲ ਪੁੱਤਰ ਨੇ ਆਪਣਾ ਨਾਮ ਬਦਲਕੇ … [385,433,561,462]
list-item: ☛ ਮੈਂ, ਜੋਯਾ ਪੁੱਤਰੀ ਸੁਰਜੀਤ ਸਿੰਘ ਵਾਸੀ ਪਲਾਟ… [385,103,561,162]
list-item: ☛ ਮੈਂ Amarjit ਕੌਰ ਪਤਨੀ ਨੇ ਆਪਣਾ ਨਾਮ ਬਦਲਕੇ… [385,207,561,236]
list-item: ☛ ਮੈਂ Vikaramjit Singh ਪੁੱਤਰ ਨੇ ਆਪਣਾ ਨਾਮ… [189,433,365,462]
list-item: ☛ ਮੈਂ Shyam ਲਾਲ ਪੁੱਤਰ ਨੇ ਆਪਣਾ ਨਾਮ ਬਦਲਕੇ … [385,971,561,1000]
issue-date: ਸ਼ੁੱਕਰਵਾਰ, 28 ਜੁਲਾਈ 2023 [158,14,315,50]
list-item: ☛ ਮੈਂ ਬਖਸ਼ੀਸ਼ ਸਿੰਘ ਦਿਓਲ (Bakhshish Singh… [6,1223,181,1252]
list-item: ☛ ਮੈਂ ਸਵਰਨਜੀਤ ਕੌਰ ਵਿਧਵਾ ਮਹਿੰਦਰ ਸਿੰਘ ਵਾਸੀ… [763,470,1123,543]
notice-date: ਮਿਤੀ 26-07-2023 [1154,270,1208,281]
list-item: ☛ I Kulvinder Singh S/o Avtar Singh R/o … [569,1349,745,1407]
list-item: ☛ ਮੈਂ ਰਾਮ ਦੇਵ ਪੁੱਤਰ ਸ਼੍ਰੀ ਗਣਪਤ ਲਾਲ ਵਾਸੀ … [1150,1449,1506,1508]
